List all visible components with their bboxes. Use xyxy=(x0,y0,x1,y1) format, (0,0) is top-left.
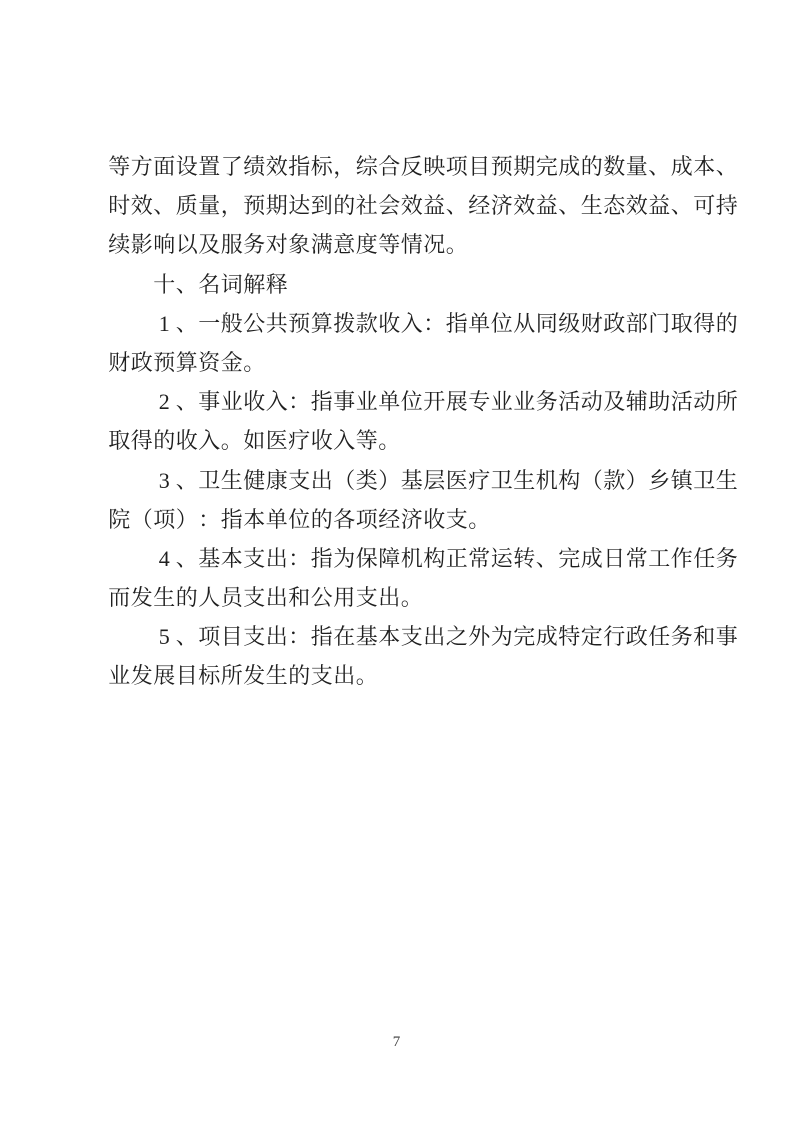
page-footer: 7 xyxy=(0,1033,793,1051)
text-line: 4、基本支出：指为保障机构正常运转、完成日常工作任务 xyxy=(108,539,738,578)
page-number: 7 xyxy=(393,1034,401,1050)
text-line: 业发展目标所发生的支出。 xyxy=(108,656,738,695)
text-line: 1、一般公共预算拨款收入：指单位从同级财政部门取得的 xyxy=(108,304,738,343)
para-term-3-health-expenditure-category: 3、卫生健康支出（类）基层医疗卫生机构（款）乡镇卫生院（项）：指本单位的各项经济… xyxy=(108,461,738,539)
text-line: 而发生的人员支出和公用支出。 xyxy=(108,578,738,617)
para-performance-indicators: 等方面设置了绩效指标，综合反映项目预期完成的数量、成本、时效、质量，预期达到的社… xyxy=(108,147,738,265)
text-line: 取得的收入。如医疗收入等。 xyxy=(108,421,738,460)
text-line: 5、项目支出：指在基本支出之外为完成特定行政任务和事 xyxy=(108,617,738,656)
para-term-2-operating-income: 2、事业收入：指事业单位开展专业业务活动及辅助活动所取得的收入。如医疗收入等。 xyxy=(108,382,738,460)
text-line: 3、卫生健康支出（类）基层医疗卫生机构（款）乡镇卫生 xyxy=(108,461,738,500)
para-term-5-project-expenditure: 5、项目支出：指在基本支出之外为完成特定行政任务和事业发展目标所发生的支出。 xyxy=(108,617,738,695)
text-line: 财政预算资金。 xyxy=(108,343,738,382)
text-line: 时效、质量，预期达到的社会效益、经济效益、生态效益、可持 xyxy=(108,186,738,225)
text-line: 2、事业收入：指事业单位开展专业业务活动及辅助活动所 xyxy=(108,382,738,421)
text-line: 等方面设置了绩效指标，综合反映项目预期完成的数量、成本、 xyxy=(108,147,738,186)
para-term-1-general-public-budget-appropriation-income: 1、一般公共预算拨款收入：指单位从同级财政部门取得的财政预算资金。 xyxy=(108,304,738,382)
text-line: 院（项）：指本单位的各项经济收支。 xyxy=(108,500,738,539)
heading-glossary: 十、名词解释 xyxy=(108,265,738,304)
text-line: 十、名词解释 xyxy=(108,265,738,304)
para-term-4-basic-expenditure: 4、基本支出：指为保障机构正常运转、完成日常工作任务而发生的人员支出和公用支出。 xyxy=(108,539,738,617)
text-line: 续影响以及服务对象满意度等情况。 xyxy=(108,225,738,264)
document-body: 等方面设置了绩效指标，综合反映项目预期完成的数量、成本、时效、质量，预期达到的社… xyxy=(108,147,738,696)
document-page: 等方面设置了绩效指标，综合反映项目预期完成的数量、成本、时效、质量，预期达到的社… xyxy=(0,0,793,1122)
